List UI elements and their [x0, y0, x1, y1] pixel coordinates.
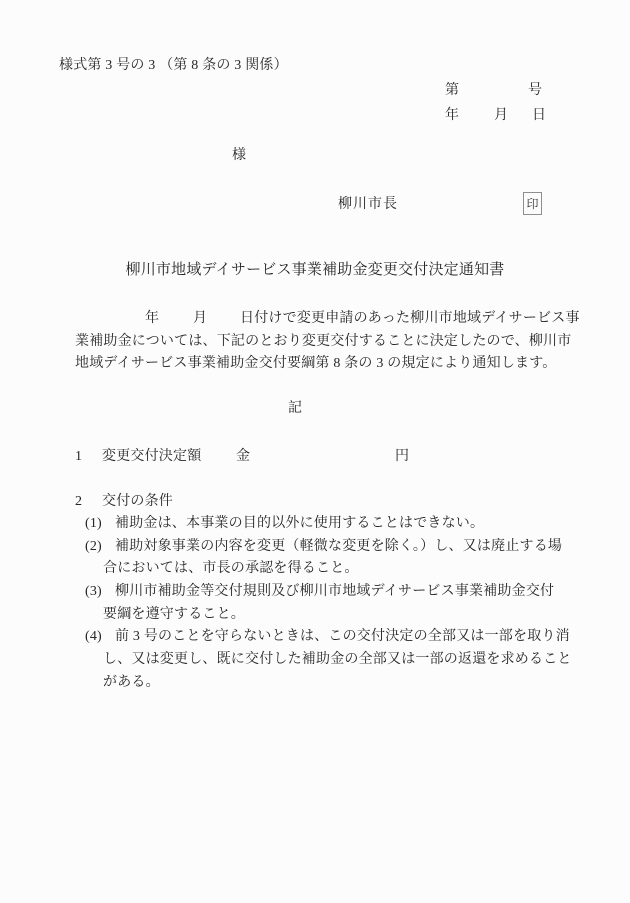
item1-amount-prefix: 金 [236, 448, 250, 466]
condition-2-line-1: 補助対象事業の内容を変更（軽微な変更を除く。）し、又は廃止する場 [115, 538, 562, 556]
date-year-label: 年 [445, 107, 459, 125]
condition-3-line-1: 柳川市補助金等交付規則及び柳川市地域デイサービス事業補助金交付 [115, 583, 554, 601]
date-month-label: 月 [494, 107, 508, 125]
addressee-honorific: 様 [232, 147, 246, 165]
condition-3-marker: (3) [85, 583, 102, 601]
opening-line3: 地域デイサービス事業補助金交付要綱第 8 条の 3 の規定により通知します。 [75, 355, 557, 373]
condition-1-line-1: 補助金は、本事業の目的以外に使用することはできない。 [115, 515, 484, 533]
condition-4-line-3: がある。 [103, 674, 160, 692]
opening-line2: 業補助金については、下記のとおり変更交付することに決定したので、柳川市 [75, 333, 571, 351]
item1-label: 変更交付決定額 [102, 448, 201, 466]
document-title: 柳川市地域デイサービス事業補助金変更交付決定通知書 [0, 261, 630, 280]
condition-2-line-2: 合においては、市長の承認を得ること。 [103, 560, 359, 578]
condition-4-marker: (4) [85, 628, 102, 646]
opening-date-month: 月 [193, 310, 207, 328]
date-day-label: 日 [532, 107, 546, 125]
condition-4-line-2: し、又は変更し、既に交付した補助金の全部又は一部の返還を求めること [103, 651, 572, 669]
condition-1-marker: (1) [85, 515, 102, 533]
opening-date-year: 年 [145, 310, 159, 328]
condition-4-line-1: 前 3 号のことを守らないときは、この交付決定の全部又は一部を取り消 [115, 628, 570, 646]
sender-title: 柳川市長 [338, 196, 398, 214]
item2-label: 交付の条件 [102, 493, 173, 511]
item1-number: 1 [75, 448, 82, 466]
seal-mark: 印 [526, 195, 538, 212]
item2-number: 2 [75, 493, 82, 511]
seal-box: 印 [523, 192, 542, 215]
condition-3-line-2: 要綱を遵守すること。 [103, 606, 245, 624]
item1-amount-suffix: 円 [395, 448, 409, 466]
doc-number-suffix: 号 [528, 82, 542, 100]
ki-marker: 記 [288, 400, 302, 418]
form-id: 様式第 3 号の 3 （第 8 条の 3 関係） [59, 57, 288, 75]
condition-2-marker: (2) [85, 538, 102, 556]
opening-line1: 日付けで変更申請のあった柳川市地域デイサービス事 [240, 310, 580, 328]
doc-number-prefix: 第 [445, 82, 459, 100]
notification-document-page: 様式第 3 号の 3 （第 8 条の 3 関係） 第 号 年 月 日 様 柳川市… [0, 0, 630, 903]
